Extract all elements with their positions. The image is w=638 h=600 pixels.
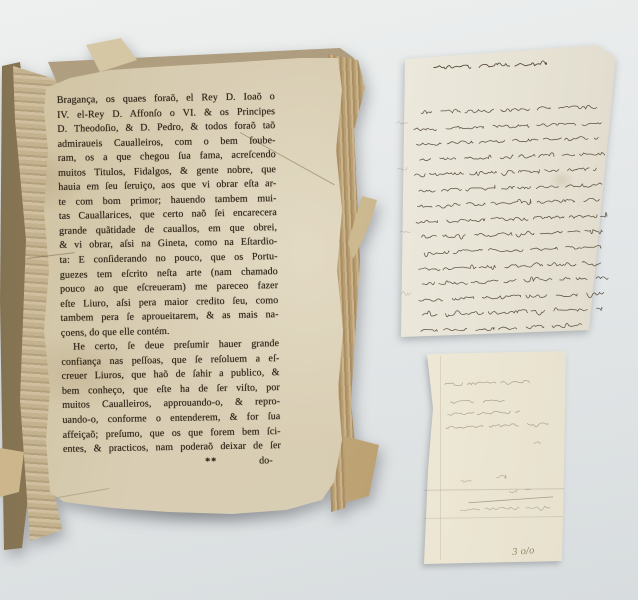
manuscript-note [0, 0, 638, 600]
note-fold-crease [440, 356, 441, 560]
note-corner-mark: 3 o/o [512, 546, 535, 558]
note-paper [0, 0, 638, 600]
photo-of-antique-documents: Bragança, os quaes foraõ, el Rey D. Ioaõ… [0, 0, 638, 600]
